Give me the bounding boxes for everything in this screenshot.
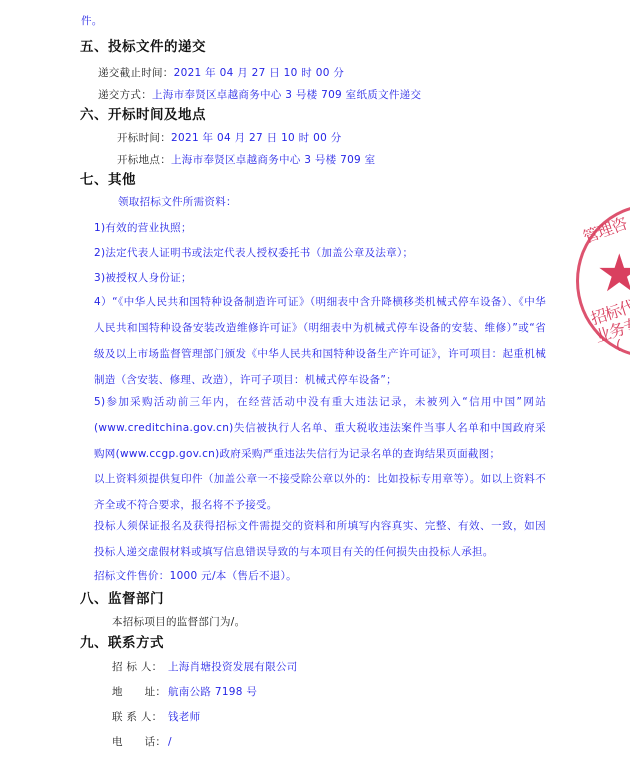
section-heading-6: 六、开标时间及地点 <box>80 106 206 124</box>
section-heading-8: 八、监督部门 <box>80 590 164 608</box>
contact-value: 航南公路 7198 号 <box>168 686 257 698</box>
continuation-text: 件。 <box>81 14 103 28</box>
contact-row-address: 地 址：航南公路 7198 号 <box>112 685 257 699</box>
opening-time-label: 开标时间： <box>117 132 171 144</box>
deadline-label: 递交截止时间： <box>98 67 174 79</box>
method-value: 上海市奉贤区卓越商务中心 3 号楼 709 室纸质文件递交 <box>152 89 421 101</box>
contact-label: 招 标 人： <box>112 660 168 674</box>
section-heading-5: 五、投标文件的递交 <box>80 38 206 56</box>
material-item-1: 1)有效的营业执照； <box>94 221 192 235</box>
document-price: 招标文件售价：1000 元/本（售后不退）。 <box>94 569 297 583</box>
deadline-value: 2021 年 04 月 27 日 10 时 00 分 <box>174 67 345 79</box>
opening-place-row: 开标地点：上海市奉贤区卓越商务中心 3 号楼 709 室 <box>117 153 375 167</box>
deadline-row: 递交截止时间：2021 年 04 月 27 日 10 时 00 分 <box>98 66 344 80</box>
contact-value: / <box>168 736 172 748</box>
document-page: 件。 五、投标文件的递交 递交截止时间：2021 年 04 月 27 日 10 … <box>0 0 630 766</box>
method-label: 递交方式： <box>98 89 152 101</box>
material-item-2: 2)法定代表人证明书或法定代表人授权委托书（加盖公章及法章）； <box>94 246 413 260</box>
materials-note-copies: 以上资料须提供复印件（加盖公章一不接受除公章以外的：比如投标专用章等）。如以上资… <box>94 466 546 518</box>
contact-value: 钱老师 <box>168 711 200 723</box>
contact-row-person: 联 系 人：钱老师 <box>112 710 200 724</box>
contact-row-tenderer: 招 标 人：上海肖塘投资发展有限公司 <box>112 660 298 674</box>
section-heading-9: 九、联系方式 <box>80 634 164 652</box>
materials-note-truthfulness: 投标人须保证报名及获得招标文件需提交的资料和所填写内容真实、完整、有效、一致，如… <box>94 513 546 565</box>
opening-time-row: 开标时间：2021 年 04 月 27 日 10 时 00 分 <box>117 131 342 145</box>
material-item-5: 5)参加采购活动前三年内，在经营活动中没有重大违法记录，未被列入“信用中国”网站… <box>94 389 546 467</box>
opening-place-label: 开标地点： <box>117 154 171 166</box>
opening-time-value: 2021 年 04 月 27 日 10 时 00 分 <box>171 132 342 144</box>
contact-label: 联 系 人： <box>112 710 168 724</box>
stamp-star-icon: ★ <box>596 248 630 300</box>
contact-value: 上海肖塘投资发展有限公司 <box>168 661 298 673</box>
method-row: 递交方式：上海市奉贤区卓越商务中心 3 号楼 709 室纸质文件递交 <box>98 88 421 102</box>
section-heading-7: 七、其他 <box>80 171 136 189</box>
material-item-3: 3)被授权人身份证； <box>94 271 192 285</box>
opening-place-value: 上海市奉贤区卓越商务中心 3 号楼 709 室 <box>171 154 375 166</box>
contact-label: 电 话： <box>112 735 168 749</box>
materials-intro: 领取招标文件所需资料： <box>118 195 237 209</box>
contact-row-phone: 电 话：/ <box>112 735 172 749</box>
contact-label: 地 址： <box>112 685 168 699</box>
material-item-4: 4）“《中华人民共和国特种设备制造许可证》（明细表中含升降横移类机械式停车设备）… <box>94 289 546 393</box>
supervision-text: 本招标项目的监督部门为/。 <box>112 615 245 629</box>
stamp-paren-text: ( <box>616 338 621 353</box>
